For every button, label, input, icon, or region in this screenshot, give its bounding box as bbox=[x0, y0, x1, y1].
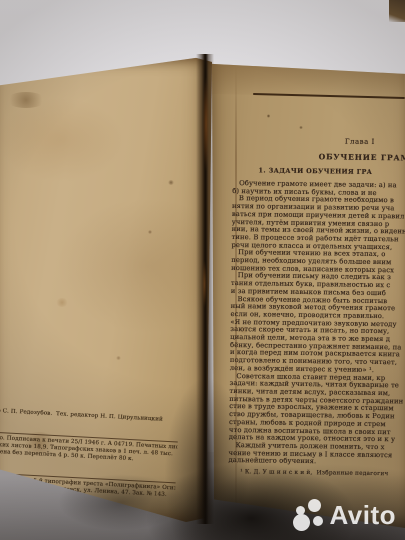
body-text: Обучение грамоте имеет две задачи: а) на… bbox=[228, 180, 405, 468]
book-photo: р С. П. Редозубов. Тех. редактор Н. П. Ц… bbox=[0, 0, 405, 540]
text-line: р С. П. Редозубов. Тех. редактор Н. П. Ц… bbox=[0, 408, 179, 425]
rust-stain bbox=[201, 254, 208, 314]
colophon-editors: р С. П. Редозубов. Тех. редактор Н. П. Ц… bbox=[0, 408, 179, 425]
book-spine-gap bbox=[196, 54, 214, 524]
foxing-stain bbox=[6, 92, 46, 108]
foxing-stain bbox=[168, 180, 174, 185]
watermark-label: Avito bbox=[329, 502, 396, 528]
colophon-print-info: но. Подписана к печати 25/I 1946 г. А 04… bbox=[0, 432, 178, 465]
foxing-stain bbox=[116, 356, 121, 360]
section-heading: 1. ЗАДАЧИ ОБУЧЕНИЯ ГРА bbox=[258, 166, 405, 176]
chapter-heading: Глава I bbox=[345, 138, 405, 147]
page-title: ОБУЧЕНИЕ ГРАМОТ bbox=[319, 152, 405, 163]
avito-watermark: Avito bbox=[293, 499, 396, 531]
foxing-stain bbox=[148, 230, 152, 234]
ink-speck bbox=[267, 114, 270, 118]
page-text: Глава I ОБУЧЕНИЕ ГРАМОТ 1. ЗАДАЧИ ОБУЧЕН… bbox=[228, 136, 405, 478]
foxing-stain bbox=[56, 298, 68, 307]
footnote: ¹ К. Д. У ш и н с к и й, Избранные педаг… bbox=[228, 469, 405, 478]
left-page: р С. П. Редозубов. Тех. редактор Н. П. Ц… bbox=[0, 56, 212, 522]
avito-logo-icon bbox=[293, 499, 325, 531]
right-page: Глава I ОБУЧЕНИЕ ГРАМОТ 1. ЗАДАЧИ ОБУЧЕН… bbox=[205, 50, 405, 528]
cover-corner-edge bbox=[389, 0, 405, 22]
ink-speck bbox=[299, 126, 303, 129]
rust-stain bbox=[202, 64, 210, 184]
photo-root: { "book": { "right_page": { "chapter": "… bbox=[0, 0, 405, 540]
